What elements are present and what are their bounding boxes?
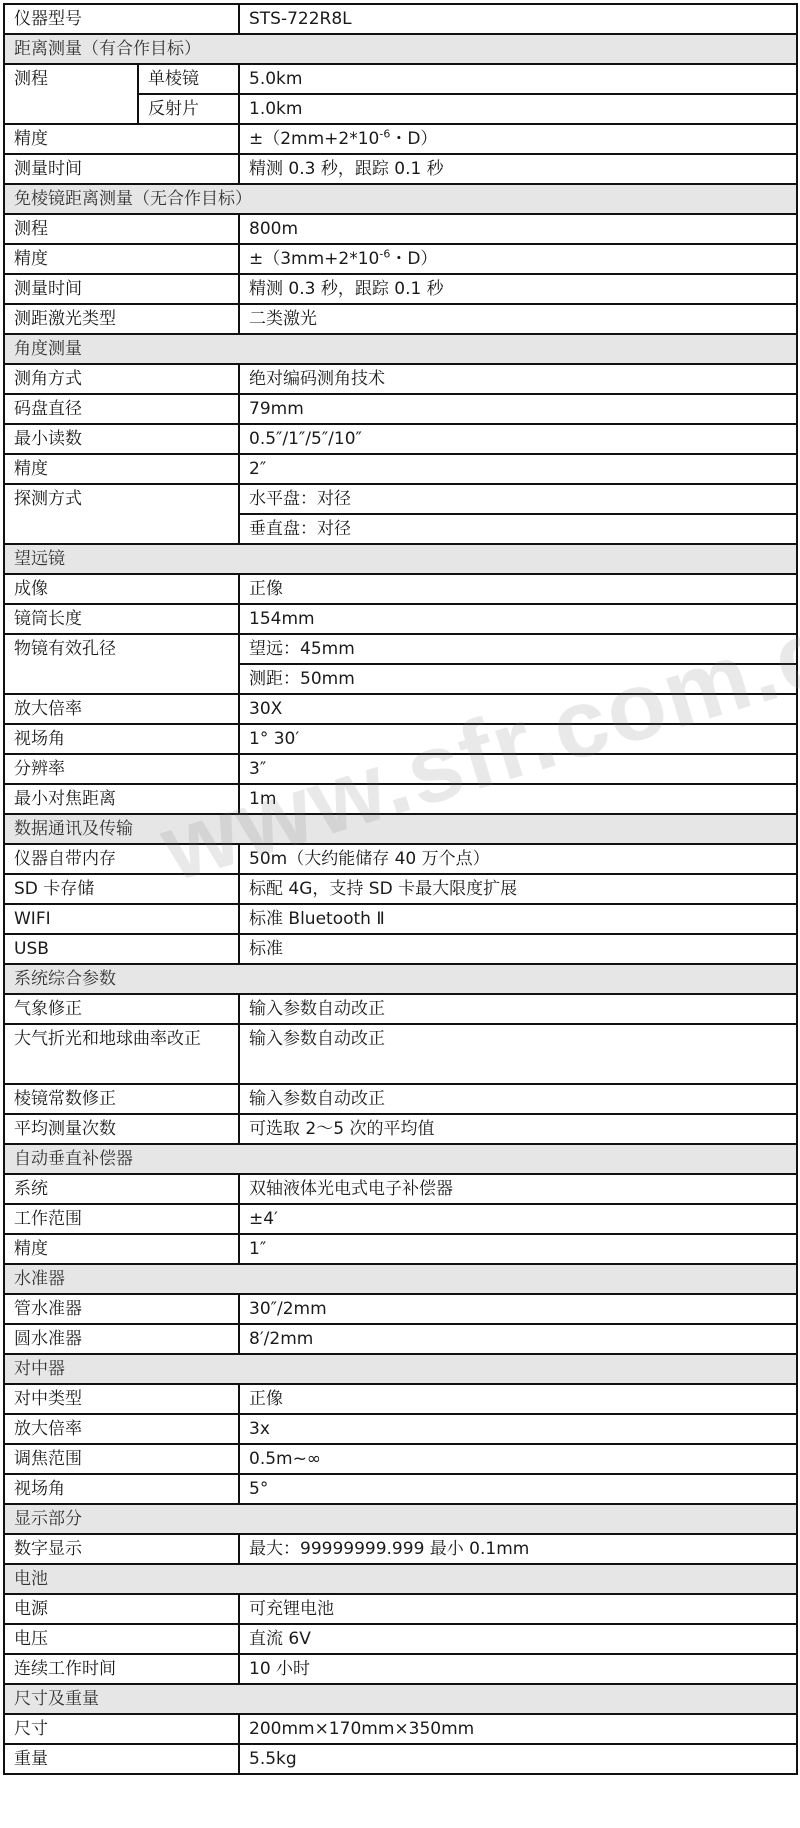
row-label: 尺寸 <box>4 1714 239 1744</box>
table-row: 码盘直径 79mm <box>4 394 797 424</box>
table-row: 管水准器 30″/2mm <box>4 1294 797 1324</box>
section-title: 尺寸及重量 <box>4 1684 797 1714</box>
table-row: 气象修正 输入参数自动改正 <box>4 994 797 1024</box>
row-value: ±（2mm+2*10-6・D） <box>239 124 797 154</box>
section-title: 电池 <box>4 1564 797 1594</box>
row-value: 800m <box>239 214 797 244</box>
section-header: 免棱镜距离测量（无合作目标） <box>4 184 797 214</box>
row-value: 测距：50mm <box>239 664 797 694</box>
table-row: 对中类型 正像 <box>4 1384 797 1414</box>
row-label: 仪器自带内存 <box>4 844 239 874</box>
section-header: 望远镜 <box>4 544 797 574</box>
row-label: 测量时间 <box>4 274 239 304</box>
exponent: -6 <box>379 247 390 260</box>
table-row: 系统 双轴液体光电式电子补偿器 <box>4 1174 797 1204</box>
row-label: 物镜有效孔径 <box>4 634 239 694</box>
row-value: ±（3mm+2*10-6・D） <box>239 244 797 274</box>
section-header: 对中器 <box>4 1354 797 1384</box>
row-value: 5.5kg <box>239 1744 797 1774</box>
row-label: 系统 <box>4 1174 239 1204</box>
row-label: 测程 <box>4 214 239 244</box>
section-title: 系统综合参数 <box>4 964 797 994</box>
row-label: 码盘直径 <box>4 394 239 424</box>
table-row: 放大倍率 30X <box>4 694 797 724</box>
row-value: 二类激光 <box>239 304 797 334</box>
table-row: SD 卡存储 标配 4G，支持 SD 卡最大限度扩展 <box>4 874 797 904</box>
row-value: 标准 Bluetooth Ⅱ <box>239 904 797 934</box>
spec-sheet: 仪器型号 STS-722R8L 距离测量（有合作目标） 测程 单棱镜 5.0km… <box>3 3 796 1775</box>
row-label: 测角方式 <box>4 364 239 394</box>
table-row: 测量时间 精测 0.3 秒，跟踪 0.1 秒 <box>4 154 797 184</box>
row-label: 测程 <box>4 64 138 124</box>
table-row: 最小读数 0.5″/1″/5″/10″ <box>4 424 797 454</box>
row-label: 放大倍率 <box>4 1414 239 1444</box>
row-value: 8′/2mm <box>239 1324 797 1354</box>
section-header: 数据通讯及传输 <box>4 814 797 844</box>
table-row: 成像 正像 <box>4 574 797 604</box>
spec-table: 仪器型号 STS-722R8L 距离测量（有合作目标） 测程 单棱镜 5.0km… <box>3 3 798 1775</box>
table-row: 仪器自带内存 50m（大约能储存 40 万个点） <box>4 844 797 874</box>
section-title: 显示部分 <box>4 1504 797 1534</box>
table-row: 工作范围 ±4′ <box>4 1204 797 1234</box>
value-part: ・D） <box>390 249 437 269</box>
row-label: 精度 <box>4 1234 239 1264</box>
table-row: 测距激光类型 二类激光 <box>4 304 797 334</box>
model-label: 仪器型号 <box>4 4 239 34</box>
row-label: 对中类型 <box>4 1384 239 1414</box>
table-row: 调焦范围 0.5m~∞ <box>4 1444 797 1474</box>
table-row: 分辨率 3″ <box>4 754 797 784</box>
row-label: 最小读数 <box>4 424 239 454</box>
row-value: 望远：45mm <box>239 634 797 664</box>
value-part: ±（2mm+2*10 <box>249 129 379 149</box>
row-value: 0.5″/1″/5″/10″ <box>239 424 797 454</box>
table-row: 电压 直流 6V <box>4 1624 797 1654</box>
table-row: 大气折光和地球曲率改正 输入参数自动改正 <box>4 1024 797 1084</box>
row-label: 圆水准器 <box>4 1324 239 1354</box>
row-label: 探测方式 <box>4 484 239 544</box>
row-label: 管水准器 <box>4 1294 239 1324</box>
row-label: 棱镜常数修正 <box>4 1084 239 1114</box>
exponent: -6 <box>379 127 390 140</box>
row-value: 30″/2mm <box>239 1294 797 1324</box>
section-title: 数据通讯及传输 <box>4 814 797 844</box>
row-label: 测量时间 <box>4 154 239 184</box>
table-row: 精度 1″ <box>4 1234 797 1264</box>
section-title: 水准器 <box>4 1264 797 1294</box>
row-value: 5.0km <box>239 64 797 94</box>
row-label: 连续工作时间 <box>4 1654 239 1684</box>
row-label: SD 卡存储 <box>4 874 239 904</box>
row-value: 0.5m~∞ <box>239 1444 797 1474</box>
row-value: 1° 30′ <box>239 724 797 754</box>
row-value: 2″ <box>239 454 797 484</box>
table-row: 仪器型号 STS-722R8L <box>4 4 797 34</box>
row-value: 标配 4G，支持 SD 卡最大限度扩展 <box>239 874 797 904</box>
row-value: 200mm×170mm×350mm <box>239 1714 797 1744</box>
sub-label: 单棱镜 <box>138 64 239 94</box>
row-label: 电源 <box>4 1594 239 1624</box>
table-row: 视场角 5° <box>4 1474 797 1504</box>
section-header: 尺寸及重量 <box>4 1684 797 1714</box>
row-label: 视场角 <box>4 1474 239 1504</box>
section-header: 距离测量（有合作目标） <box>4 34 797 64</box>
row-value: 正像 <box>239 574 797 604</box>
section-header: 自动垂直补偿器 <box>4 1144 797 1174</box>
row-value: 绝对编码测角技术 <box>239 364 797 394</box>
row-label: 重量 <box>4 1744 239 1774</box>
table-row: 镜筒长度 154mm <box>4 604 797 634</box>
row-value: 输入参数自动改正 <box>239 1084 797 1114</box>
row-label: 分辨率 <box>4 754 239 784</box>
table-row: 数字显示 最大：99999999.999 最小 0.1mm <box>4 1534 797 1564</box>
row-value: 154mm <box>239 604 797 634</box>
row-label: 平均测量次数 <box>4 1114 239 1144</box>
row-label: 放大倍率 <box>4 694 239 724</box>
section-header: 显示部分 <box>4 1504 797 1534</box>
table-row: USB 标准 <box>4 934 797 964</box>
row-value: 直流 6V <box>239 1624 797 1654</box>
row-value: 标准 <box>239 934 797 964</box>
section-title: 距离测量（有合作目标） <box>4 34 797 64</box>
table-row: 测量时间 精测 0.3 秒，跟踪 0.1 秒 <box>4 274 797 304</box>
table-row: 平均测量次数 可选取 2～5 次的平均值 <box>4 1114 797 1144</box>
table-row: 测程 单棱镜 5.0km <box>4 64 797 94</box>
table-row: 棱镜常数修正 输入参数自动改正 <box>4 1084 797 1114</box>
table-row: 圆水准器 8′/2mm <box>4 1324 797 1354</box>
row-value: 精测 0.3 秒，跟踪 0.1 秒 <box>239 154 797 184</box>
table-row: 最小对焦距离 1m <box>4 784 797 814</box>
table-row: 精度 2″ <box>4 454 797 484</box>
section-title: 对中器 <box>4 1354 797 1384</box>
row-label: 数字显示 <box>4 1534 239 1564</box>
row-label: 测距激光类型 <box>4 304 239 334</box>
section-title: 角度测量 <box>4 334 797 364</box>
row-label: 工作范围 <box>4 1204 239 1234</box>
row-label: 气象修正 <box>4 994 239 1024</box>
table-row: 重量 5.5kg <box>4 1744 797 1774</box>
table-row: 探测方式 水平盘：对径 <box>4 484 797 514</box>
row-label: 电压 <box>4 1624 239 1654</box>
row-value: 10 小时 <box>239 1654 797 1684</box>
row-value: ±4′ <box>239 1204 797 1234</box>
value-part: ±（3mm+2*10 <box>249 249 379 269</box>
table-row: 放大倍率 3x <box>4 1414 797 1444</box>
row-value: 50m（大约能储存 40 万个点） <box>239 844 797 874</box>
section-title: 望远镜 <box>4 544 797 574</box>
row-value: 可选取 2～5 次的平均值 <box>239 1114 797 1144</box>
row-value: 精测 0.3 秒，跟踪 0.1 秒 <box>239 274 797 304</box>
table-row: 电源 可充锂电池 <box>4 1594 797 1624</box>
row-label: 成像 <box>4 574 239 604</box>
table-row: 精度 ±（3mm+2*10-6・D） <box>4 244 797 274</box>
row-label: WIFI <box>4 904 239 934</box>
row-value: 5° <box>239 1474 797 1504</box>
row-value: 输入参数自动改正 <box>239 1024 797 1084</box>
section-header: 系统综合参数 <box>4 964 797 994</box>
table-row: 视场角 1° 30′ <box>4 724 797 754</box>
row-label: 镜筒长度 <box>4 604 239 634</box>
section-header: 电池 <box>4 1564 797 1594</box>
table-row: 精度 ±（2mm+2*10-6・D） <box>4 124 797 154</box>
row-label: 调焦范围 <box>4 1444 239 1474</box>
row-value: 输入参数自动改正 <box>239 994 797 1024</box>
row-value: 1m <box>239 784 797 814</box>
row-label: 最小对焦距离 <box>4 784 239 814</box>
row-value: 1.0km <box>239 94 797 124</box>
row-label: 精度 <box>4 124 239 154</box>
row-value: 正像 <box>239 1384 797 1414</box>
row-value: 79mm <box>239 394 797 424</box>
row-label: 精度 <box>4 244 239 274</box>
section-title: 免棱镜距离测量（无合作目标） <box>4 184 797 214</box>
row-label: USB <box>4 934 239 964</box>
row-value: 30X <box>239 694 797 724</box>
value-part: ・D） <box>390 129 437 149</box>
section-header: 水准器 <box>4 1264 797 1294</box>
table-row: 物镜有效孔径 望远：45mm <box>4 634 797 664</box>
row-label: 视场角 <box>4 724 239 754</box>
row-value: 3″ <box>239 754 797 784</box>
row-value: 双轴液体光电式电子补偿器 <box>239 1174 797 1204</box>
row-label: 精度 <box>4 454 239 484</box>
row-value: 可充锂电池 <box>239 1594 797 1624</box>
section-title: 自动垂直补偿器 <box>4 1144 797 1174</box>
row-value: 1″ <box>239 1234 797 1264</box>
table-row: 测角方式 绝对编码测角技术 <box>4 364 797 394</box>
table-row: 连续工作时间 10 小时 <box>4 1654 797 1684</box>
table-row: 尺寸 200mm×170mm×350mm <box>4 1714 797 1744</box>
sub-label: 反射片 <box>138 94 239 124</box>
row-label: 大气折光和地球曲率改正 <box>4 1024 239 1084</box>
row-value: 3x <box>239 1414 797 1444</box>
table-row: WIFI 标准 Bluetooth Ⅱ <box>4 904 797 934</box>
row-value: 最大：99999999.999 最小 0.1mm <box>239 1534 797 1564</box>
model-value: STS-722R8L <box>239 4 797 34</box>
section-header: 角度测量 <box>4 334 797 364</box>
row-value: 垂直盘：对径 <box>239 514 797 544</box>
row-value: 水平盘：对径 <box>239 484 797 514</box>
table-row: 测程 800m <box>4 214 797 244</box>
